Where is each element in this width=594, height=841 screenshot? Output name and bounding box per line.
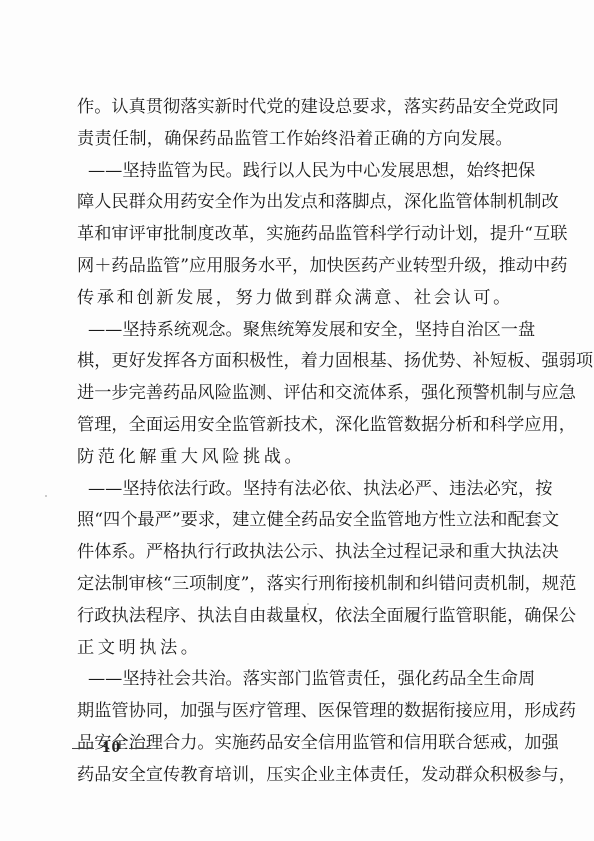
text-line: 作。认真贯彻落实新时代党的建设总要求，落实药品安全党政同 [77,94,513,126]
scan-speck [307,603,309,605]
text-line: ——坚持社会共治。落实部门监管责任，强化药品全生命周 [77,666,513,698]
text-line: 网＋药品监管”应用服务水平，加快医药产业转型升级，推动中药 [77,253,513,285]
text-line: 行政执法程序、执法自由裁量权，依法全面履行监管职能，确保公 [77,603,513,635]
page-number: 10 [64,737,159,757]
dash-right [129,748,151,749]
scan-speck [45,495,47,497]
text-line: 期监管协同，加强与医疗管理、医保管理的数据衔接应用，形成药 [77,698,513,730]
text-line: 定法制审核“三项制度”，落实行刑衔接机制和纠错问责机制，规范 [77,571,513,603]
text-line: 防范化解重大风险挑战。 [77,444,513,476]
dash-left [72,748,94,749]
document-page: 作。认真贯彻落实新时代党的建设总要求，落实药品安全党政同责责任制，确保药品监管工… [0,0,594,841]
text-line: 件体系。严格执行行政执法公示、执法全过程记录和重大执法决 [77,539,513,571]
text-line: 进一步完善药品风险监测、评估和交流体系，强化预警机制与应急 [77,380,513,412]
text-line: 管理，全面运用安全监管新技术，深化监管数据分析和科学应用， [77,412,513,444]
text-line: 照“四个最严”要求，建立健全药品安全监管地方性立法和配套文 [77,507,513,539]
text-line: 传承和创新发展，努力做到群众满意、社会认可。 [77,285,513,317]
text-line: 正文明执法。 [77,635,513,667]
body-text: 作。认真贯彻落实新时代党的建设总要求，落实药品安全党政同责责任制，确保药品监管工… [77,94,513,794]
text-line: 革和审评审批制度改革，实施药品监管科学行动计划，提升“互联 [77,221,513,253]
text-line: 棋，更好发挥各方面积极性，着力固根基、扬优势、补短板、强弱项， [77,348,513,380]
text-line: ——坚持系统观念。聚焦统筹发展和安全，坚持自治区一盘 [77,317,513,349]
text-line: ——坚持监管为民。践行以人民为中心发展思想，始终把保 [77,158,513,190]
scan-speck [300,195,302,197]
text-line: 责责任制，确保药品监管工作始终沿着正确的方向发展。 [77,126,513,158]
text-line: 药品安全宣传教育培训，压实企业主体责任，发动群众积极参与， [77,762,513,794]
page-number-value: 10 [102,737,121,756]
text-line: 障人民群众用药安全作为出发点和落脚点，深化监管体制机制改 [77,189,513,221]
text-line: ——坚持依法行政。坚持有法必依、执法必严、违法必究，按 [77,476,513,508]
